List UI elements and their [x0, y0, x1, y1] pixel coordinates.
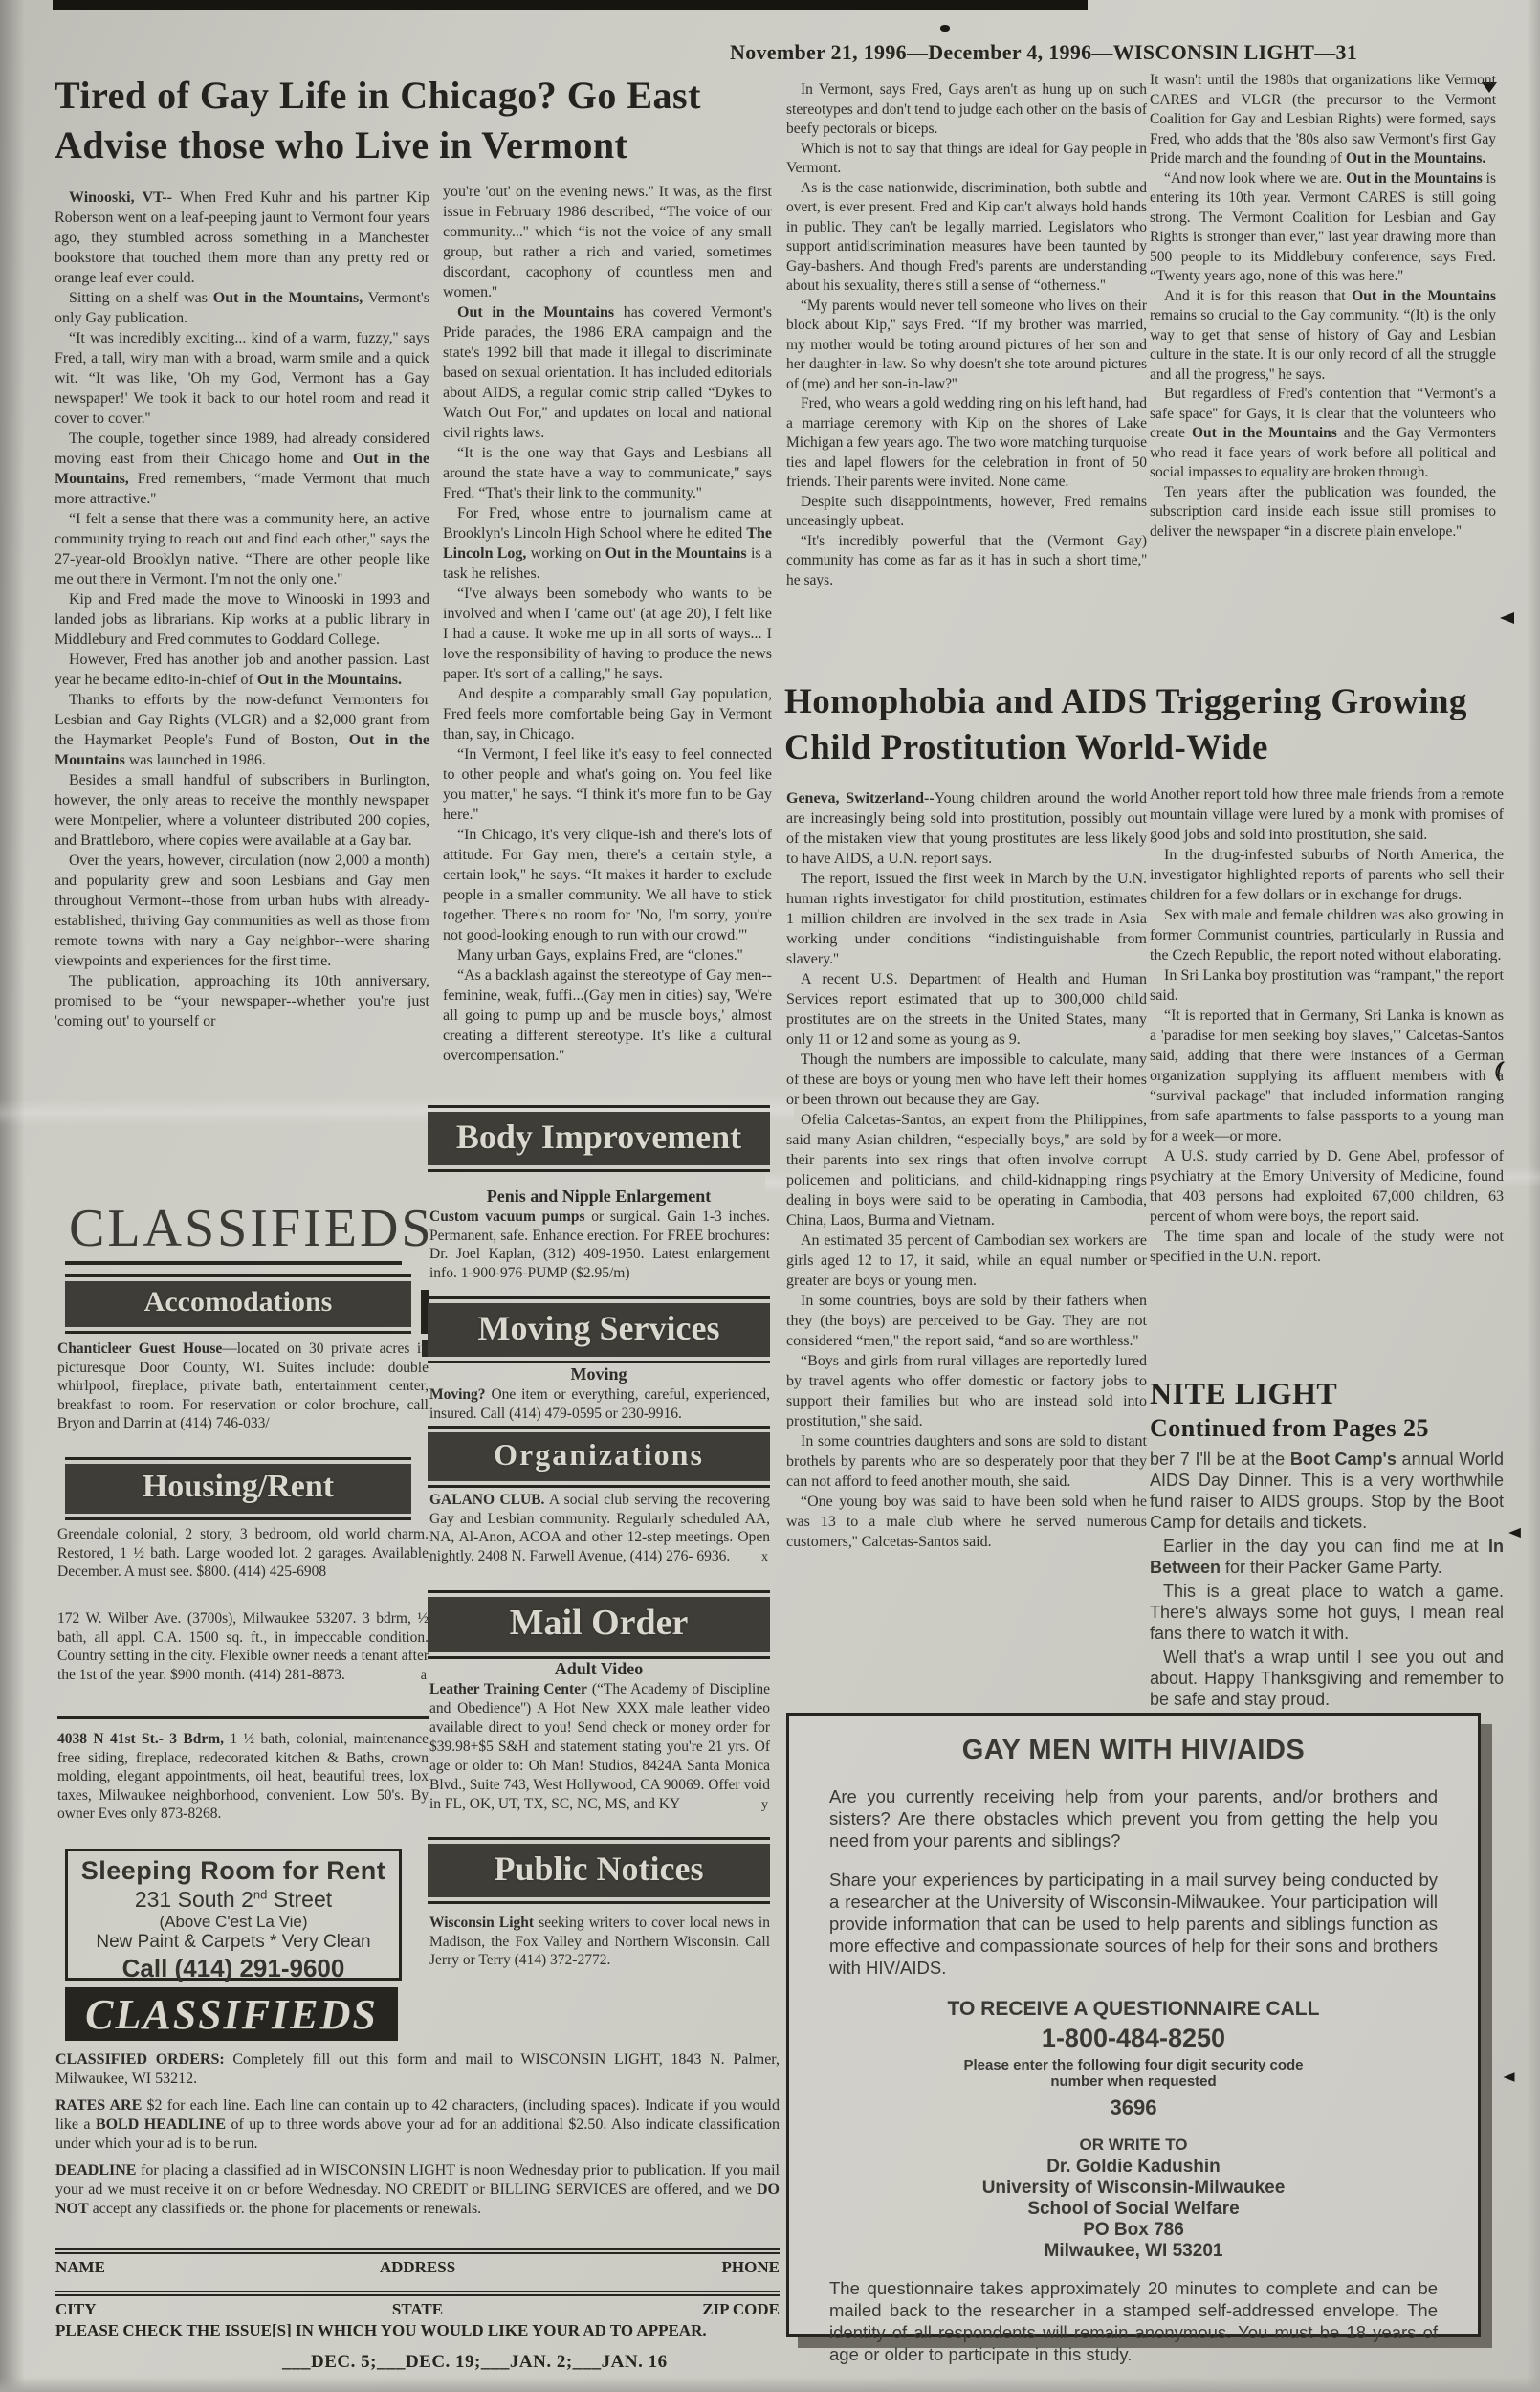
paragraph: But regardless of Fred's contention that… — [1150, 385, 1496, 483]
paragraph: “In Chicago, it's very clique-ish and th… — [443, 825, 772, 945]
classified-ad-galano: GALANO CLUB. A social club serving the r… — [429, 1491, 770, 1565]
article1-headline-line2: Advise those who Live in Vermont — [55, 122, 801, 167]
paragraph: “As a backlash against the stereotype of… — [443, 965, 772, 1066]
paragraph: Over the years, however, circulation (no… — [55, 851, 429, 971]
paragraph: Besides a small handful of subscribers i… — [55, 770, 429, 851]
banner-label: Mail Order — [428, 1597, 770, 1652]
paragraph: “In Vermont, I feel like it's easy to fe… — [443, 744, 772, 825]
paragraph: In the drug-infested suburbs of North Am… — [1150, 845, 1504, 905]
form-label-city: CITY — [55, 2300, 297, 2319]
hiv-box-paragraph-1: Are you currently receiving help from yo… — [829, 1785, 1438, 1851]
classified-ad-wilber: 172 W. Wilber Ave. (3700s), Milwaukee 53… — [57, 1609, 429, 1684]
hiv-box-paragraph-3: The questionnaire takes approximately 20… — [829, 2277, 1438, 2365]
page-header-dateline: November 21, 1996—December 4, 1996—WISCO… — [730, 40, 1495, 65]
paragraph: Winooski, VT-- When Fred Kuhr and his pa… — [55, 188, 429, 288]
scan-artifact-arrow-left3-icon — [1504, 2072, 1515, 2082]
scan-artifact-arrow-left2-icon — [1508, 1528, 1521, 1538]
hiv-box-write-heading: OR WRITE TO — [829, 2136, 1438, 2155]
paragraph: The time span and locale of the study we… — [1150, 1227, 1504, 1267]
paragraph: In Sri Lanka boy prostitution was “rampa… — [1150, 965, 1504, 1006]
paragraph: Despite such disappointments, however, F… — [786, 493, 1147, 532]
article2-column-B: Another report told how three male frien… — [1150, 785, 1504, 1267]
paragraph: Kip and Fred made the move to Winooski i… — [55, 589, 429, 650]
paragraph: “I felt a sense that there was a communi… — [55, 509, 429, 589]
scan-artifact-arrow-left-icon — [1500, 612, 1514, 624]
classified-ad-greendale: Greendale colonial, 2 story, 3 bedroom, … — [57, 1525, 429, 1582]
scan-edge-bottom — [0, 2377, 1540, 2392]
form-label-name: NAME — [55, 2258, 297, 2277]
classifieds-banner-inverted: CLASSIFIEDS — [65, 1987, 398, 2041]
form-label-address: ADDRESS — [297, 2258, 538, 2277]
sleeping-room-ad-box: Sleeping Room for Rent 231 South 2nd Str… — [65, 1849, 402, 1981]
paragraph: In some countries daughters and sons are… — [786, 1431, 1147, 1492]
classified-ad-enlargement: Custom vacuum pumps or surgical. Gain 1-… — [429, 1207, 770, 1282]
paragraph: It wasn't until the 1980s that organizat… — [1150, 71, 1496, 169]
hiv-box-address-line: Milwaukee, WI 53201 — [829, 2241, 1438, 2262]
classified-ad-leather: Leather Training Center (“The Academy of… — [429, 1680, 770, 1814]
banner-label: Accomodations — [65, 1281, 411, 1327]
nite-light-subtitle: Continued from Pages 25 — [1150, 1414, 1429, 1443]
paragraph: “Boys and girls from rural villages are … — [786, 1351, 1147, 1431]
orders-paragraph: DEADLINE for placing a classified ad in … — [55, 2161, 780, 2219]
ad-sig: x — [761, 1548, 768, 1567]
paragraph: An estimated 35 percent of Cambodian sex… — [786, 1230, 1147, 1291]
paragraph: The couple, together since 1989, had alr… — [55, 429, 429, 509]
paragraph: Though the numbers are impossible to cal… — [786, 1050, 1147, 1110]
banner-label: Body Improvement — [428, 1112, 770, 1165]
hiv-box-code: 3696 — [829, 2095, 1438, 2120]
form-labels-row1: NAME ADDRESS PHONE — [55, 2258, 780, 2277]
form-label-phone: PHONE — [539, 2258, 780, 2277]
ad-text: GALANO CLUB. A social club serving the r… — [429, 1492, 770, 1564]
classifieds-title-rule — [65, 1261, 402, 1265]
classifieds-title: CLASSIFIEDS — [69, 1198, 434, 1259]
article2-column-A: Geneva, Switzerland--Young children arou… — [786, 788, 1147, 1552]
paragraph: A U.S. study carried by D. Gene Abel, pr… — [1150, 1146, 1504, 1227]
orders-paragraph: CLASSIFIED ORDERS: Completely fill out t… — [55, 2050, 780, 2089]
ad-heading-moving: Moving — [428, 1364, 770, 1384]
ad-text: 172 W. Wilber Ave. (3700s), Milwaukee 53… — [57, 1610, 429, 1683]
paragraph: ber 7 I'll be at the Boot Camp's annual … — [1150, 1449, 1504, 1533]
hiv-box-address-line: School of Social Welfare — [829, 2199, 1438, 2220]
section-banner-mail-order: Mail Order — [428, 1590, 770, 1659]
form-check-instruction: PLEASE CHECK THE ISSUE[S] IN WHICH YOU W… — [55, 2321, 780, 2340]
hiv-box-title: GAY MEN WITH HIV/AIDS — [829, 1735, 1438, 1766]
banner-label: Organizations — [428, 1432, 770, 1481]
paragraph: A recent U.S. Department of Health and H… — [786, 969, 1147, 1050]
ad-sig: y — [761, 1796, 768, 1815]
paragraph: The report, issued the first week in Mar… — [786, 869, 1147, 969]
paragraph: Thanks to efforts by the now-defunct Ver… — [55, 690, 429, 770]
sleeping-room-address: 231 South 2nd Street — [68, 1887, 399, 1913]
section-banner-accomodations: Accomodations — [65, 1274, 411, 1334]
hiv-survey-ad-box: GAY MEN WITH HIV/AIDS Are you currently … — [786, 1713, 1481, 2337]
hiv-box-address-line: University of Wisconsin-Milwaukee — [829, 2178, 1438, 2199]
orders-paragraph: RATES ARE $2 for each line. Each line ca… — [55, 2096, 780, 2154]
form-labels-row2: CITY STATE ZIP CODE — [55, 2300, 780, 2319]
form-label-zip: ZIP CODE — [539, 2300, 780, 2319]
paragraph: Which is not to say that things are idea… — [786, 140, 1147, 179]
scan-artifact-dot — [940, 25, 950, 32]
hiv-box-code-note1: Please enter the following four digit se… — [829, 2057, 1438, 2073]
paragraph: Out in the Mountains has covered Vermont… — [443, 302, 772, 443]
paragraph: Ofelia Calcetas-Santos, an expert from t… — [786, 1110, 1147, 1230]
paragraph: Many urban Gays, explains Fred, are “clo… — [443, 945, 772, 965]
section-banner-housing-rent: Housing/Rent — [65, 1457, 411, 1520]
paragraph: Earlier in the day you can find me at In… — [1150, 1536, 1504, 1578]
paragraph: This is a great place to watch a game. T… — [1150, 1581, 1504, 1644]
address-text2: Street — [267, 1887, 332, 1912]
paragraph: Fred, who wears a gold wedding ring on h… — [786, 394, 1147, 493]
article1-column-4: It wasn't until the 1980s that organizat… — [1150, 71, 1496, 542]
paragraph: In some countries, boys are sold by thei… — [786, 1291, 1147, 1351]
newspaper-page: { "page": { "header": "November 21, 1996… — [0, 0, 1540, 2392]
paragraph: “It is reported that in Germany, Sri Lan… — [1150, 1006, 1504, 1146]
ad-separator-rule — [57, 1716, 429, 1719]
hiv-box-address-line: PO Box 786 — [829, 2220, 1438, 2241]
article1-column-3: In Vermont, says Fred, Gays aren't as hu… — [786, 80, 1147, 590]
hiv-box-call-heading: TO RECEIVE A QUESTIONNAIRE CALL — [829, 1998, 1438, 2021]
scan-edge-left — [0, 0, 25, 2392]
classified-ad-4038: 4038 N 41st St.- 3 Bdrm, 1 ½ bath, colon… — [57, 1730, 429, 1824]
paragraph: And despite a comparably small Gay popul… — [443, 684, 772, 744]
paragraph: And it is for this reason that Out in th… — [1150, 287, 1496, 386]
paragraph: you're 'out' on the evening news.'' It w… — [443, 182, 772, 302]
classified-ad-chanticleer: Chanticleer Guest House—located on 30 pr… — [57, 1340, 429, 1433]
paragraph: Sitting on a shelf was Out in the Mounta… — [55, 288, 429, 328]
classified-ad-wisconsin-light: Wisconsin Light seeking writers to cover… — [429, 1914, 770, 1970]
paragraph: “I've always been somebody who wants to … — [443, 584, 772, 684]
article2-headline-line1: Homophobia and AIDS Triggering Growing — [784, 681, 1521, 722]
address-text: 231 South 2 — [135, 1887, 253, 1912]
ad-sig: a — [421, 1667, 427, 1686]
paragraph: “It is the one way that Gays and Lesbian… — [443, 443, 772, 503]
sleeping-room-title: Sleeping Room for Rent — [68, 1856, 399, 1886]
form-rule-1 — [55, 2248, 780, 2250]
article2-headline-line2: Child Prostitution World-Wide — [784, 727, 1521, 768]
ad-text: Leather Training Center (“The Academy of… — [429, 1681, 770, 1812]
paragraph: “And now look where we are. Out in the M… — [1150, 169, 1496, 287]
form-label-state: STATE — [297, 2300, 538, 2319]
section-banner-moving-services: Moving Services — [428, 1296, 770, 1363]
section-banner-public-notices: Public Notices — [428, 1837, 770, 1904]
address-ordinal: nd — [253, 1887, 267, 1901]
banner-label: Public Notices — [428, 1844, 770, 1897]
paragraph: In Vermont, says Fred, Gays aren't as hu… — [786, 80, 1147, 140]
banner-label: CLASSIFIEDS — [85, 1990, 378, 2039]
article1-headline-line1: Tired of Gay Life in Chicago? Go East — [55, 73, 801, 118]
banner-label: Moving Services — [428, 1303, 770, 1357]
sleeping-room-features: New Paint & Carpets * Very Clean — [68, 1932, 399, 1953]
hiv-box-phone: 1-800-484-8250 — [829, 2024, 1438, 2053]
paragraph: For Fred, whose entre to journalism came… — [443, 503, 772, 584]
article1-column-2: you're 'out' on the evening news.'' It w… — [443, 182, 772, 1066]
paragraph: “One young boy was said to have been sol… — [786, 1492, 1147, 1552]
section-banner-body-improvement: Body Improvement — [428, 1105, 770, 1172]
hiv-box-code-note2: number when requested — [829, 2073, 1438, 2090]
paragraph: “My parents would never tell someone who… — [786, 297, 1147, 395]
paragraph: “It was incredibly exciting... kind of a… — [55, 328, 429, 429]
paragraph: Well that's a wrap until I see you out a… — [1150, 1647, 1504, 1710]
form-rule-2 — [55, 2291, 780, 2292]
form-issue-dates: ___DEC. 5;___DEC. 19;___JAN. 2;___JAN. 1… — [282, 2352, 668, 2373]
paragraph: The publication, approaching its 10th an… — [55, 971, 429, 1031]
classified-orders-block: CLASSIFIED ORDERS: Completely fill out t… — [55, 2050, 780, 2219]
scan-artifact-topbar — [53, 0, 1088, 10]
paragraph: Sex with male and female children was al… — [1150, 905, 1504, 965]
paragraph: Another report told how three male frien… — [1150, 785, 1504, 845]
section-banner-organizations: Organizations — [428, 1426, 770, 1488]
sleeping-room-phone: Call (414) 291-9600 — [68, 1954, 399, 1983]
hiv-box-paragraph-2: Share your experiences by participating … — [829, 1869, 1438, 1979]
scan-edge-right — [1527, 0, 1540, 2392]
hiv-box-address-line: Dr. Goldie Kadushin — [829, 2157, 1438, 2178]
paragraph: However, Fred has another job and anothe… — [55, 650, 429, 690]
banner-label: Housing/Rent — [65, 1464, 411, 1514]
ad-heading-penis-nipple: Penis and Nipple Enlargement — [428, 1186, 770, 1207]
paragraph: Geneva, Switzerland--Young children arou… — [786, 788, 1147, 869]
paragraph: Ten years after the publication was foun… — [1150, 483, 1496, 543]
nite-light-body: ber 7 I'll be at the Boot Camp's annual … — [1150, 1449, 1504, 1713]
nite-light-title: NITE LIGHT — [1150, 1376, 1337, 1411]
ad-heading-adult-video: Adult Video — [428, 1659, 770, 1679]
classified-ad-moving: Moving? One item or everything, careful,… — [429, 1385, 770, 1423]
paragraph: As is the case nationwide, discriminatio… — [786, 179, 1147, 297]
sleeping-room-note: (Above C'est La Vie) — [68, 1913, 399, 1932]
paragraph: “It's incredibly powerful that the (Verm… — [786, 532, 1147, 591]
article1-column-1: Winooski, VT-- When Fred Kuhr and his pa… — [55, 188, 429, 1031]
